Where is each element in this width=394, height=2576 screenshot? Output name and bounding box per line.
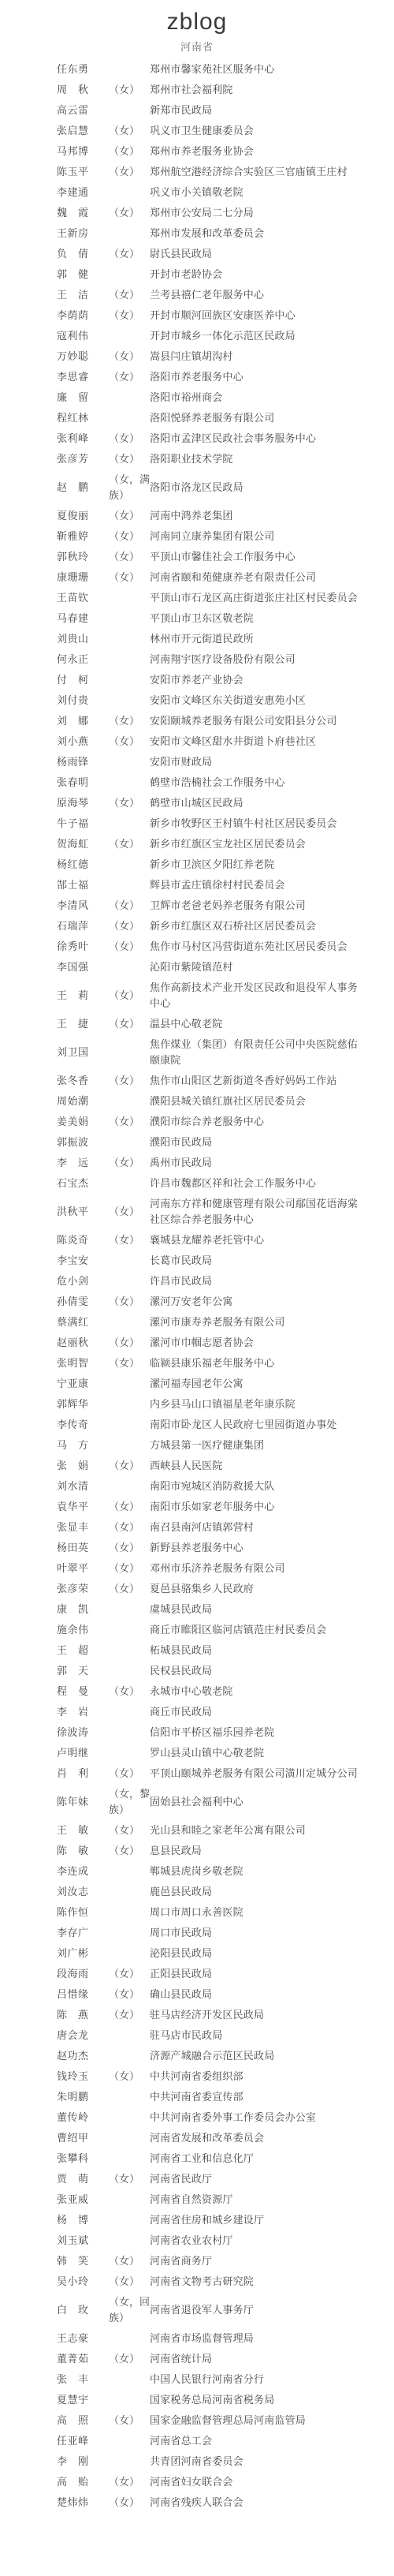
gender-ethnicity-label: （女） [109,549,150,565]
list-item: 郭 健开封市老龄协会 [57,264,394,285]
person-name: 刘付贵 [57,693,109,708]
organization-name: 新乡市红旗区宝龙社区居民委员会 [150,836,358,852]
organization-name: 光山县和睦之家老年公寓有限公司 [150,1823,358,1838]
person-name: 廉 留 [57,390,109,406]
list-item: 王 莉（女）焦作高新技术产业开发区民政和退役军人事务中心 [57,978,394,1014]
organization-name: 永城市中心敬老院 [150,1684,358,1699]
person-name: 程红林 [57,410,109,426]
person-name: 刘玉斌 [57,2233,109,2249]
gender-ethnicity-label: （女） [109,2351,150,2367]
list-item: 陈 燕（女）驻马店经济开发区民政局 [57,2005,394,2025]
organization-name: 襄城县龙耀养老托管中心 [150,1232,358,1248]
person-name: 刘 娜 [57,713,109,729]
person-name: 刘广彬 [57,1946,109,1961]
person-name: 王 洁 [57,287,109,303]
gender-ethnicity-label: （女） [109,1114,150,1130]
list-item: 刘付贵安阳市文峰区东关街道安惠苑小区 [57,690,394,711]
person-name: 李 远 [57,1155,109,1171]
gender-ethnicity-label: （女） [109,1520,150,1535]
person-name: 杨雨锋 [57,754,109,770]
person-name: 宁亚康 [57,1376,109,1392]
person-name: 王 超 [57,1643,109,1658]
gender-ethnicity-label: （女） [109,2474,150,2490]
list-item: 郭辉华内乡县马山口镇福星老年康乐院 [57,1394,394,1415]
list-item: 张彦荣（女）夏邑县骆集乡人民政府 [57,1579,394,1599]
list-item: 李 远（女）禹州市民政局 [57,1153,394,1173]
person-name: 贾 萌 [57,2171,109,2187]
person-name: 陈作恒 [57,1905,109,1920]
list-item: 张冬香（女）焦作市山阳区艺新街道冬香好妈妈工作站 [57,1071,394,1091]
person-name: 李存广 [57,1925,109,1941]
list-item: 袁华平（女）南阳市乐如家老年服务中心 [57,1497,394,1517]
list-item: 陈玉平（女）郑州航空港经济综合实验区三官庙镇王庄村 [57,162,394,182]
person-name: 张攀科 [57,2151,109,2167]
person-name: 郭振波 [57,1135,109,1150]
organization-name: 漯河福寿园老年公寓 [150,1376,358,1392]
list-item: 李传奇南阳市卧龙区人民政府七里园街道办事处 [57,1415,394,1435]
list-item: 夏俊丽（女）河南中鸿养老集团 [57,506,394,526]
person-name: 赵丽秋 [57,1335,109,1351]
organization-name: 郑州市养老服务业协会 [150,144,358,159]
gender-ethnicity-label: （女） [109,1499,150,1515]
organization-name: 焦作市马村区冯营街道东苑社区居民委员会 [150,939,358,955]
person-name: 董菁茹 [57,2351,109,2367]
organization-name: 河南省文物考古研究院 [150,2274,358,2290]
person-name: 杨田英 [57,1540,109,1556]
organization-name: 固始县社会福利中心 [150,1794,358,1810]
list-item: 原海琴（女）鹤壁市山城区民政局 [57,793,394,813]
person-name: 万妙聪 [57,349,109,365]
list-item: 任亚峰河南省总工会 [57,2431,394,2451]
organization-name: 濮阳市民政局 [150,1135,358,1150]
list-item: 姜美娟（女）濮阳市综合养老服务中心 [57,1112,394,1132]
list-item: 孙倩雯（女）漯河万安老年公寓 [57,1292,394,1312]
gender-ethnicity-label: （女） [109,1987,150,2002]
organization-name: 息县民政局 [150,1843,358,1859]
organization-name: 夏邑县骆集乡人民政府 [150,1581,358,1597]
organization-name: 驻马店市民政局 [150,2028,358,2043]
gender-ethnicity-label: （女） [109,308,150,323]
list-item: 张亚威河南省自然资源厅 [57,2189,394,2210]
gender-ethnicity-label: （女） [109,246,150,262]
person-name: 董传岭 [57,2110,109,2125]
gender-ethnicity-label: （女） [109,1073,150,1089]
organization-name: 郑州市社会福利院 [150,82,358,98]
list-item: 贾 萌（女）河南省民政厅 [57,2169,394,2189]
list-item: 刘小燕（女）安阳市文峰区甜水井街道卜府巷社区 [57,731,394,752]
organization-name: 河南省发展和改革委员会 [150,2130,358,2146]
gender-ethnicity-label: （女） [109,144,150,159]
person-name: 夏俊丽 [57,508,109,524]
person-name: 张彦芳 [57,451,109,467]
person-name: 张 娟 [57,1458,109,1474]
list-item: 王苗钦平顶山市石龙区高庄街道张庄社区村民委员会 [57,588,394,608]
list-item: 刘 娜（女）安阳颐城养老服务有限公司安阳县分公司 [57,711,394,731]
organization-name: 平顶山市卫东区敬老院 [150,611,358,626]
person-name: 施余伟 [57,1622,109,1638]
list-item: 周始潮濮阳县城关镇红旗社区居民委员会 [57,1091,394,1112]
list-item: 肖 利（女）平顶山颐城养老服务有限公司潢川定城分公司 [57,1763,394,1784]
list-item: 刘玉斌河南省农业农村厅 [57,2230,394,2251]
list-item: 赵丽秋（女）漯河市巾帼志愿者协会 [57,1333,394,1353]
list-item: 蔡满红漯河市康寿养老服务有限公司 [57,1312,394,1333]
organization-name: 河南省自然资源厅 [150,2192,358,2208]
organization-name: 鹤壁市浩楠社会工作服务中心 [150,775,358,791]
gender-ethnicity-label: （女） [109,836,150,852]
person-name: 王志豪 [57,2331,109,2346]
gender-ethnicity-label: （女） [109,1843,150,1859]
person-name: 高 贻 [57,2474,109,2490]
list-item: 施余伟商丘市睢阳区临河店镇范庄村民委员会 [57,1620,394,1640]
list-item: 魏 霞（女）郑州市公安局二七分局 [57,203,394,223]
person-name: 刘贵山 [57,631,109,647]
list-item: 杨 博河南省住房和城乡建设厅 [57,2210,394,2230]
list-item: 张春明鹤壁市浩楠社会工作服务中心 [57,772,394,793]
list-item: 李建通巩义市小关镇敬老院 [57,182,394,203]
gender-ethnicity-label: （女，满族） [109,472,150,503]
organization-name: 焦作市山阳区艺新街道冬香好妈妈工作站 [150,1073,358,1089]
organization-name: 周口市民政局 [150,1925,358,1941]
organization-name: 中共河南省委宣传部 [150,2089,358,2105]
person-name: 康 凯 [57,1602,109,1617]
person-name: 任东勇 [57,62,109,77]
organization-name: 河南翔宇医疗设备股份有限公司 [150,652,358,667]
organization-name: 民权县民政局 [150,1663,358,1679]
list-item: 马春建平顶山市卫东区敬老院 [57,608,394,629]
person-name: 王 捷 [57,1016,109,1032]
organization-name: 罗山县灵山镇中心敬老院 [150,1745,358,1761]
list-item: 高 贻（女）河南省妇女联合会 [57,2472,394,2492]
person-name: 付 柯 [57,672,109,688]
person-name: 肖 利 [57,1766,109,1782]
organization-name: 新野县养老服务中心 [150,1540,358,1556]
list-item: 赵 鹏（女，满族）洛阳市洛龙区民政局 [57,469,394,506]
organization-name: 濮阳县城关镇红旗社区居民委员会 [150,1094,358,1109]
organization-name: 洛阳市孟津区民政社会事务服务中心 [150,431,358,447]
organization-name: 河南省民政厅 [150,2171,358,2187]
list-item: 楚炜炜（女）河南省残疾人联合会 [57,2492,394,2513]
list-item: 康 凯虞城县民政局 [57,1599,394,1620]
organization-name: 卫辉市老爸老妈养老服务有限公司 [150,898,358,914]
person-name: 高云雷 [57,103,109,118]
list-item: 卢明继罗山县灵山镇中心敬老院 [57,1743,394,1763]
gender-ethnicity-label: （女） [109,431,150,447]
gender-ethnicity-label: （女，黎族） [109,1786,150,1818]
person-name: 曹绍甲 [57,2130,109,2146]
organization-name: 禹州市民政局 [150,1155,358,1171]
gender-ethnicity-label: （女） [109,1204,150,1220]
list-item: 陈作恒周口市周口永善医院 [57,1902,394,1923]
person-name: 何永正 [57,652,109,667]
list-item: 张 娟（女）西峡县人民医院 [57,1456,394,1476]
person-name: 马春建 [57,611,109,626]
list-item: 刘水清南阳市宛城区消防救援大队 [57,1476,394,1497]
person-name: 任亚峰 [57,2433,109,2449]
gender-ethnicity-label: （女） [109,205,150,221]
person-name: 唐会龙 [57,2028,109,2043]
site-logo-title[interactable]: zblog [0,6,394,38]
list-item: 康珊珊（女）河南省颐和苑健康养老有限责任公司 [57,567,394,588]
gender-ethnicity-label: （女） [109,734,150,750]
organization-name: 郸城县虎岗乡敬老院 [150,1864,358,1879]
list-item: 刘广彬泌阳县民政局 [57,1943,394,1964]
organization-name: 河南省退役军人事务厅 [150,2302,358,2318]
person-name: 姜美娟 [57,1114,109,1130]
organization-name: 南阳市宛城区消防救援大队 [150,1479,358,1494]
person-name: 刘小燕 [57,734,109,750]
organization-name: 新乡市红旗区双石桥社区居民委员会 [150,918,358,934]
person-name: 李 刚 [57,2454,109,2469]
gender-ethnicity-label: （女） [109,508,150,524]
person-name: 李建通 [57,185,109,200]
list-item: 杨田英（女）新野县养老服务中心 [57,1538,394,1558]
list-item: 马 方方城县第一医疗健康集团 [57,1435,394,1456]
list-item: 董菁茹（女）河南省统计局 [57,2349,394,2369]
list-item: 郭 天民权县民政局 [57,1661,394,1681]
person-name: 陈 敏 [57,1843,109,1859]
organization-name: 国家金融监督管理总局河南监管局 [150,2413,358,2428]
person-name: 楚炜炜 [57,2495,109,2511]
person-name: 张显丰 [57,1520,109,1535]
organization-name: 郑州市馨家苑社区服务中心 [150,62,358,77]
organization-name: 河南省颐和苑健康养老有限责任公司 [150,570,358,585]
list-item: 王新房郑州市发展和改革委员会 [57,223,394,244]
list-item: 周 秋（女）郑州市社会福利院 [57,80,394,100]
organization-name: 河南中鸿养老集团 [150,508,358,524]
gender-ethnicity-label: （女） [109,1458,150,1474]
person-name: 杨 博 [57,2212,109,2228]
organization-name: 洛阳市裕州商会 [150,390,358,406]
gender-ethnicity-label: （女，回族） [109,2294,150,2326]
list-item: 杨雨锋安阳市财政局 [57,752,394,772]
gender-ethnicity-label: （女） [109,1155,150,1171]
article-page: zblog 河南省 任东勇郑州市馨家苑社区服务中心周 秋（女）郑州市社会福利院高… [0,0,394,2576]
person-name: 徐秀叶 [57,939,109,955]
gender-ethnicity-label: （女） [109,2069,150,2084]
organization-name: 柘城县民政局 [150,1643,358,1658]
list-item: 张彦芳（女）洛阳职业技术学院 [57,449,394,469]
person-name: 马邦博 [57,144,109,159]
organization-name: 确山县民政局 [150,1987,358,2002]
person-name: 张明智 [57,1355,109,1371]
person-name: 赵 鹏 [57,480,109,495]
list-item: 韩 笑（女）河南省商务厅 [57,2251,394,2271]
organization-name: 洛阳市养老服务中心 [150,369,358,385]
list-item: 张利峰（女）洛阳市孟津区民政社会事务服务中心 [57,428,394,449]
organization-name: 许昌市民政局 [150,1273,358,1289]
list-item: 负 倩（女）尉氏县民政局 [57,244,394,264]
gender-ethnicity-label: （女） [109,898,150,914]
list-item: 张启慧（女）巩义市卫生健康委员会 [57,121,394,141]
person-name: 李宝安 [57,1253,109,1269]
organization-name: 河南省市场监督管理局 [150,2331,358,2346]
list-item: 万妙聪（女）嵩县闫庄镇胡沟村 [57,346,394,367]
person-name: 朱明鹏 [57,2089,109,2105]
organization-name: 国家税务总局河南省税务局 [150,2392,358,2408]
list-item: 程 曼（女）永城市中心敬老院 [57,1681,394,1702]
list-item: 李宝安长葛市民政局 [57,1251,394,1271]
person-name: 李荫荫 [57,308,109,323]
list-item: 刘卫国焦作煤业（集团）有限责任公司中央医院慈佑颐康院 [57,1034,394,1071]
person-name: 袁华平 [57,1499,109,1515]
list-item: 张 丰中国人民银行河南省分行 [57,2369,394,2390]
organization-name: 中共河南省委外事工作委员会办公室 [150,2110,358,2125]
list-item: 吕惜缘（女）确山县民政局 [57,1984,394,2005]
organization-name: 许昌市魏都区祥和社会工作服务中心 [150,1176,358,1191]
gender-ethnicity-label: （女） [109,1766,150,1782]
list-item: 李荫荫（女）开封市顺河回族区安康医养中心 [57,305,394,326]
list-item: 王 敏（女）光山县和睦之家老年公寓有限公司 [57,1820,394,1841]
person-name: 杨红德 [57,857,109,873]
organization-name: 郑州市公安局二七分局 [150,205,358,221]
organization-name: 洛阳职业技术学院 [150,451,358,467]
person-name: 周 秋 [57,82,109,98]
list-item: 石宝杰许昌市魏都区祥和社会工作服务中心 [57,1173,394,1194]
organization-name: 沁阳市紫陵镇范村 [150,959,358,975]
person-name: 洪秋平 [57,1204,109,1220]
person-name: 段海雨 [57,1966,109,1982]
list-item: 刘汝志鹿邑县民政局 [57,1882,394,1902]
person-name: 郭辉华 [57,1396,109,1412]
person-name: 郭 天 [57,1663,109,1679]
list-item: 牛子福新乡市牧野区王村镇牛村社区居民委员会 [57,813,394,834]
list-item: 王 捷（女）温县中心敬老院 [57,1014,394,1034]
organization-name: 河南省工业和信息化厅 [150,2151,358,2167]
person-name: 程 曼 [57,1684,109,1699]
gender-ethnicity-label: （女） [109,1823,150,1838]
organization-name: 开封市城乡一体化示范区民政局 [150,328,358,344]
gender-ethnicity-label: （女） [109,1294,150,1310]
list-item: 李存广周口市民政局 [57,1923,394,1943]
person-name: 石宝杰 [57,1176,109,1191]
list-item: 徐秀叶（女）焦作市马村区冯营街道东苑社区居民委员会 [57,937,394,957]
person-name: 陈 燕 [57,2007,109,2023]
gender-ethnicity-label: （女） [109,1540,150,1556]
list-item: 赵功杰济源产城融合示范区民政局 [57,2046,394,2066]
person-name: 李传奇 [57,1417,109,1433]
gender-ethnicity-label: （女） [109,988,150,1004]
organization-name: 新乡市卫滨区夕阳红养老院 [150,857,358,873]
list-item: 朱明鹏中共河南省委宣传部 [57,2087,394,2107]
organization-name: 安阳市财政局 [150,754,358,770]
gender-ethnicity-label: （女） [109,918,150,934]
organization-name: 鹤壁市山城区民政局 [150,795,358,811]
organization-name: 巩义市小关镇敬老院 [150,185,358,200]
list-item: 张攀科河南省工业和信息化厅 [57,2148,394,2169]
person-name: 张彦荣 [57,1581,109,1597]
organization-name: 平顶山市馨佳社会工作服务中心 [150,549,358,565]
person-name: 陈年妹 [57,1794,109,1810]
list-item: 王 洁（女）兰考县禧仁老年服务中心 [57,285,394,305]
list-item: 付 柯安阳市养老产业协会 [57,670,394,690]
list-item: 任东勇郑州市馨家苑社区服务中心 [57,59,394,80]
person-name: 李连成 [57,1864,109,1879]
person-name: 张利峰 [57,431,109,447]
gender-ethnicity-label: （女） [109,369,150,385]
person-name: 叶翠平 [57,1561,109,1576]
organization-name: 安阳市文峰区东关街道安惠苑小区 [150,693,358,708]
organization-name: 南阳市卧龙区人民政府七里园街道办事处 [150,1417,358,1433]
list-item: 高云雷新郑市民政局 [57,100,394,121]
list-item: 郜士福辉县市孟庄镇徐村村民委员会 [57,875,394,895]
person-name: 石瑞萍 [57,918,109,934]
gender-ethnicity-label: （女） [109,2495,150,2511]
gender-ethnicity-label: （女） [109,1335,150,1351]
person-name: 张 丰 [57,2372,109,2387]
list-item: 危小剑许昌市民政局 [57,1271,394,1292]
list-item: 王 超柘城县民政局 [57,1640,394,1661]
organization-name: 驻马店经济开发区民政局 [150,2007,358,2023]
person-name: 李清风 [57,898,109,914]
person-name: 韩 笑 [57,2253,109,2269]
list-item: 白 玫（女，回族）河南省退役军人事务厅 [57,2292,394,2328]
gender-ethnicity-label: （女） [109,451,150,467]
list-item: 徐波涛信阳市平桥区福乐园养老院 [57,1722,394,1743]
organization-name: 河南省住房和城乡建设厅 [150,2212,358,2228]
person-name: 钱玲玉 [57,2069,109,2084]
person-name: 贺海虹 [57,836,109,852]
person-name: 李 岩 [57,1704,109,1720]
organization-name: 河南省农业农村厅 [150,2233,358,2249]
person-name: 赵功杰 [57,2048,109,2064]
person-name: 白 玫 [57,2302,109,2318]
organization-name: 温县中心敬老院 [150,1016,358,1032]
person-name: 张启慧 [57,123,109,139]
organization-name: 方城县第一医疗健康集团 [150,1438,358,1453]
list-item: 李清风（女）卫辉市老爸老妈养老服务有限公司 [57,895,394,916]
organization-name: 濮阳市综合养老服务中心 [150,1114,358,1130]
organization-name: 开封市顺河回族区安康医养中心 [150,308,358,323]
organization-name: 信阳市平桥区福乐园养老院 [150,1725,358,1740]
list-item: 李连成郸城县虎岗乡敬老院 [57,1861,394,1882]
gender-ethnicity-label: （女） [109,529,150,544]
person-name: 吕惜缘 [57,1987,109,2002]
gender-ethnicity-label: （女） [109,795,150,811]
organization-name: 尉氏县民政局 [150,246,358,262]
gender-ethnicity-label: （女） [109,1561,150,1576]
person-name: 刘汝志 [57,1884,109,1900]
gender-ethnicity-label: （女） [109,1966,150,1982]
organization-name: 西峡县人民医院 [150,1458,358,1474]
organization-name: 鹿邑县民政局 [150,1884,358,1900]
gender-ethnicity-label: （女） [109,939,150,955]
organization-name: 商丘市睢阳区临河店镇范庄村民委员会 [150,1622,358,1638]
list-item: 张显丰（女）南召县南河店镇郭营村 [57,1517,394,1538]
person-name: 王苗钦 [57,590,109,606]
list-item: 李 岩商丘市民政局 [57,1702,394,1722]
person-name: 郭秋玲 [57,549,109,565]
person-name: 王 敏 [57,1823,109,1838]
organization-name: 新郑市民政局 [150,103,358,118]
organization-name: 漯河市巾帼志愿者协会 [150,1335,358,1351]
list-item: 李 刚共青团河南省委员会 [57,2451,394,2472]
person-name: 危小剑 [57,1273,109,1289]
organization-name: 中国人民银行河南省分行 [150,2372,358,2387]
person-name: 牛子福 [57,816,109,832]
province-section-heading: 河南省 [0,39,394,56]
list-item: 夏慧宇国家税务总局河南省税务局 [57,2390,394,2410]
person-name: 王新房 [57,226,109,241]
gender-ethnicity-label: （女） [109,1684,150,1699]
gender-ethnicity-label: （女） [109,1581,150,1597]
list-item: 郭秋玲（女）平顶山市馨佳社会工作服务中心 [57,547,394,567]
person-name: 夏慧宇 [57,2392,109,2408]
gender-ethnicity-label: （女） [109,349,150,365]
list-item: 陈 敏（女）息县民政局 [57,1841,394,1861]
list-item: 董传岭中共河南省委外事工作委员会办公室 [57,2107,394,2128]
gender-ethnicity-label: （女） [109,2274,150,2290]
organization-name: 洛阳悦驿养老服务有限公司 [150,410,358,426]
